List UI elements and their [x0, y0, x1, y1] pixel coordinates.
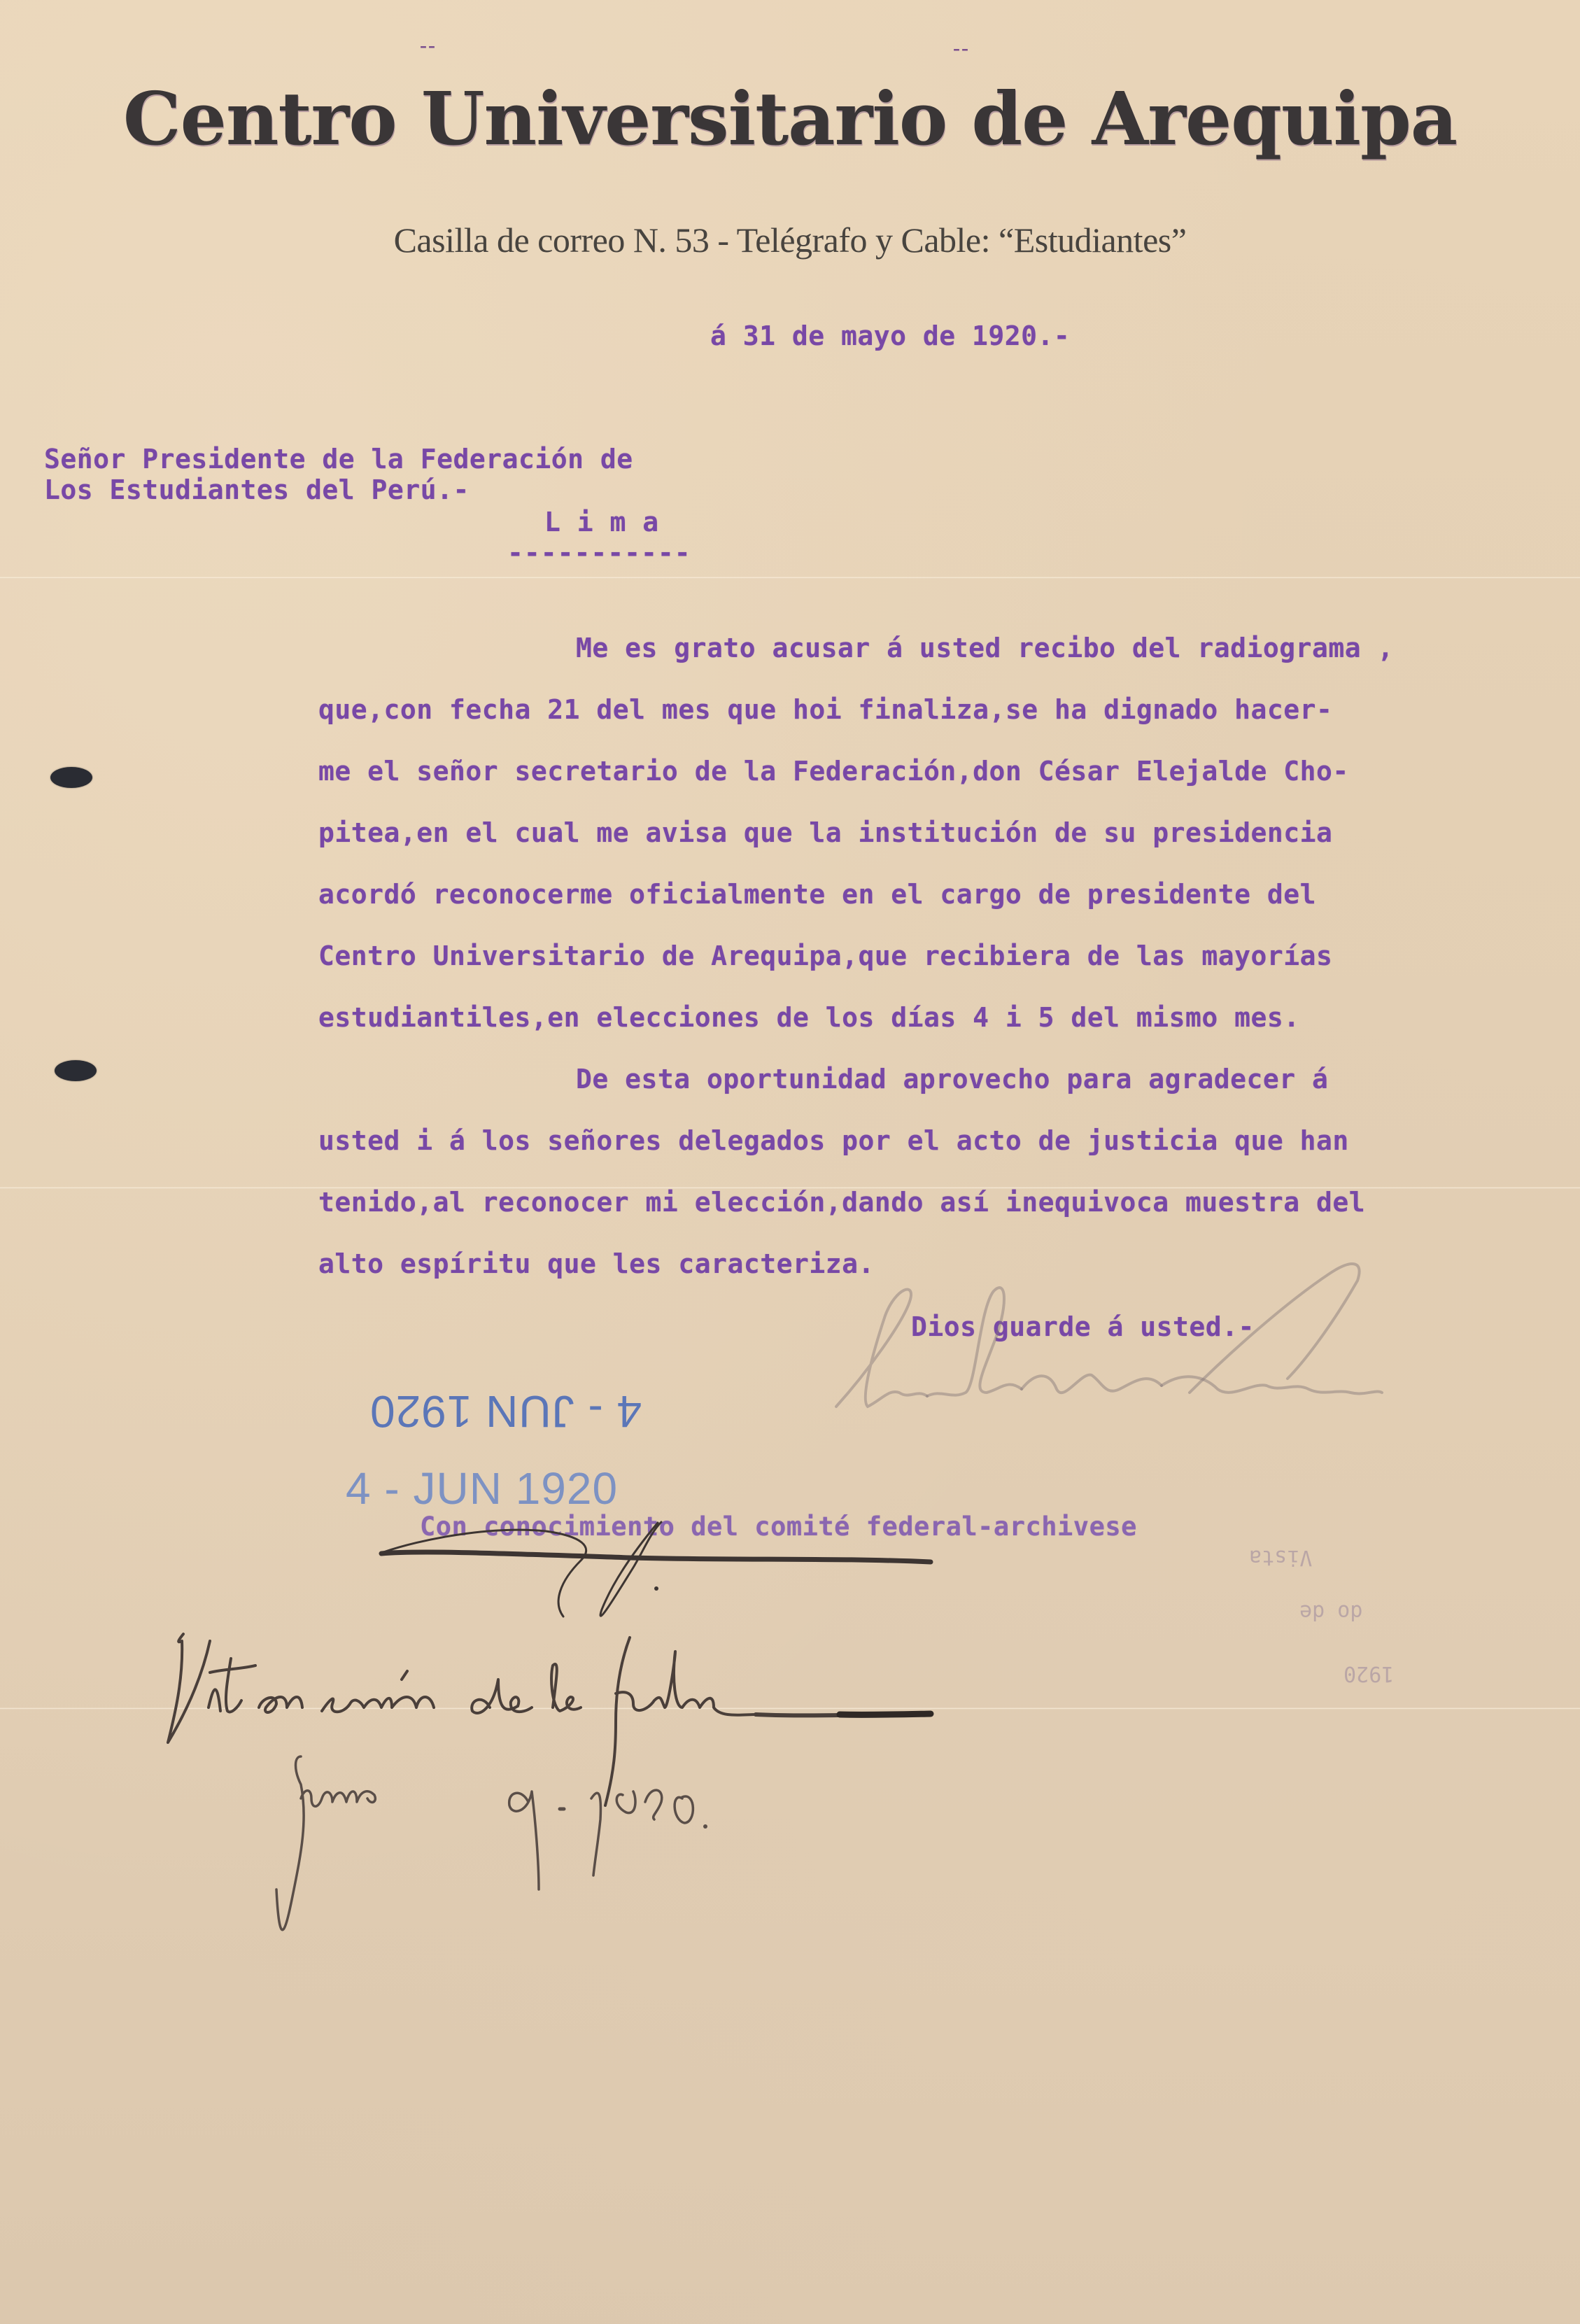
body-line: alto espíritu que les caracteriza. [318, 1248, 875, 1279]
date-stamp: 4 - JUN 1920 [346, 1463, 618, 1514]
body-line: usted i á los señores delegados por el a… [318, 1125, 1349, 1156]
handwritten-note-line-1: Visto en sesión de la fecha [161, 1652, 1008, 1725]
body-line: Centro Universitario de Arequipa,que rec… [318, 941, 1332, 971]
addressee-line-1: Señor Presidente de la Federación de [44, 444, 633, 474]
letterhead-mark: -- [420, 34, 437, 57]
body-line: me el señor secretario de la Federación,… [318, 756, 1349, 787]
letter-page: -- -- Centro Universitario de Arequipa C… [0, 0, 1580, 2324]
addressee-city: L i m a [544, 507, 659, 537]
paper-fold-line [0, 577, 1580, 579]
handwritten-note-line-2: Junio 9 - 1920. [280, 1749, 746, 1823]
show-through-text: Vista [1249, 1545, 1312, 1570]
addressee-line-2: Los Estudiantes del Perú.- [44, 474, 470, 505]
letterhead-subtitle: Casilla de correo N. 53 - Telégrafo y Ca… [0, 220, 1580, 260]
closing-line: Dios guarde á usted.- [911, 1311, 1255, 1342]
punch-hole-icon [55, 1060, 97, 1081]
body-line: que,con fecha 21 del mes que hoi finaliz… [318, 694, 1332, 725]
date-line: á 31 de mayo de 1920.- [710, 321, 1070, 351]
body-line: acordó reconocerme oficialmente en el ca… [318, 879, 1316, 910]
body-line: tenido,al reconocer mi elección,dando as… [318, 1187, 1365, 1218]
signature: [signature] [826, 1358, 1101, 1415]
body-line: Me es grato acusar á usted recibo del ra… [576, 633, 1394, 663]
body-line: pitea,en el cual me avisa que la institu… [318, 817, 1332, 848]
show-through-text: do de [1299, 1600, 1362, 1624]
punch-hole-icon [50, 767, 92, 788]
letterhead-title: Centro Universitario de Arequipa [0, 76, 1580, 162]
body-line: De esta oportunidad aprovecho para agrad… [576, 1064, 1328, 1094]
show-through-text: 1920 [1343, 1661, 1394, 1686]
archive-annotation: Con conocimiento del comité federal-arch… [420, 1512, 1137, 1542]
addressee-rule: ----------- [507, 537, 691, 568]
date-stamp-inverted: 4 - JUN 1920 [369, 1386, 642, 1437]
letterhead-mark: -- [953, 36, 970, 60]
body-line: estudiantiles,en elecciones de los días … [318, 1002, 1300, 1033]
